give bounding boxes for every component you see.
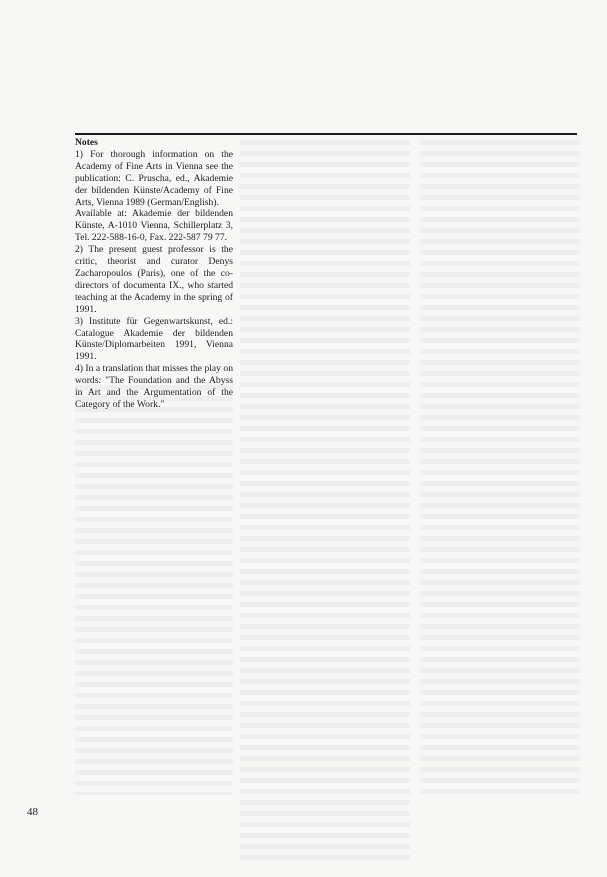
note-4: 4) In a translation that misses the play… <box>75 363 233 411</box>
bleed-through-column-1 <box>75 385 233 795</box>
bleed-through-column-3 <box>420 140 580 800</box>
top-rule <box>75 133 577 135</box>
notes-section: Notes 1) For thorough information on the… <box>75 137 233 411</box>
note-1: 1) For thorough information on the Acade… <box>75 149 233 209</box>
note-1-address: Available at: Akademie der bildenden Kün… <box>75 208 233 244</box>
notes-heading: Notes <box>75 137 233 149</box>
note-3: 3) Institute für Gegenwartskunst, ed.: C… <box>75 316 233 364</box>
note-2: 2) The present guest professor is the cr… <box>75 244 233 315</box>
page-number: 48 <box>27 806 38 818</box>
bleed-through-column-2 <box>240 140 410 860</box>
